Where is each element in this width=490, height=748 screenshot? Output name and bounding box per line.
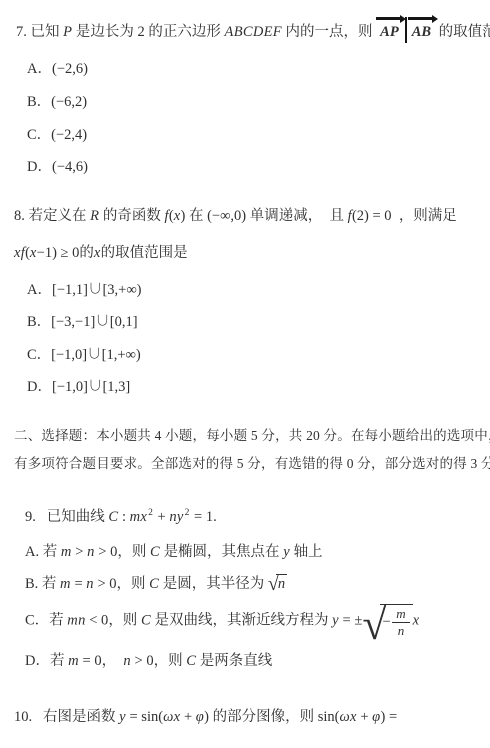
math-run: + — [180, 709, 195, 725]
text-run: 单调递减， 且 — [246, 208, 348, 224]
math-run: mx — [130, 509, 148, 525]
text-run: 7. 已知 — [16, 24, 63, 40]
question-7-stem: 7. 已知 P 是边长为 2 的正六边形 ABCDEF 内的一点，则 APAB … — [16, 17, 490, 43]
text-run: 的 — [79, 245, 94, 261]
text-run: B. 若 — [25, 576, 60, 592]
text-run: ， — [102, 653, 124, 669]
text-run: 是双曲线，其渐近线方程为 — [151, 613, 332, 629]
math-run: φ — [372, 709, 380, 725]
math-run: C — [149, 576, 159, 592]
fraction: mn — [392, 607, 409, 639]
text-run: A. 若 — [25, 544, 61, 560]
math-run: ωx — [163, 709, 180, 725]
math-run: n — [86, 576, 94, 592]
text-run: ，则 — [117, 544, 150, 560]
radical-sign: √ — [268, 579, 279, 589]
superscript: 2 — [148, 508, 153, 518]
math-run: P — [63, 24, 72, 40]
question-8-option-a: A．[−1,1]∪[3,+∞) — [27, 280, 142, 301]
math-run: sin( — [318, 709, 340, 725]
math-run: C — [108, 509, 118, 525]
math-run: ωx — [339, 709, 356, 725]
question-9-option-c: C．若 mn < 0，则 C 是双曲线，其渐近线方程为 y = ±√−mnx — [25, 604, 419, 639]
math-run: y — [332, 613, 339, 629]
math-run: y — [283, 544, 290, 560]
question-9-option-d: D．若 m = 0， n > 0，则 C 是两条直线 — [25, 651, 272, 672]
text-run: A． — [27, 282, 52, 298]
text-run: 的取值范围是 — [435, 24, 490, 40]
math-run: m — [68, 653, 79, 669]
text-run: A． — [27, 61, 52, 77]
math-run: = 1. — [190, 509, 216, 525]
vector-AP: AP — [377, 22, 402, 43]
math-run: = 0 — [79, 653, 102, 669]
text-run: B． — [27, 314, 51, 330]
math-run: 2 — [138, 24, 145, 40]
math-run: + — [357, 709, 372, 725]
math-run: mn — [67, 613, 85, 629]
text-run: 是两条直线 — [196, 653, 272, 669]
math-run: [−1,0]∪[1,+∞) — [51, 347, 141, 363]
math-run: x — [30, 245, 37, 261]
question-8-stem-line-2: xf(x−1) ≥ 0的x的取值范围是 — [14, 243, 188, 264]
question-9-option-a: A. 若 m > n > 0，则 C 是椭圆，其焦点在 y 轴上 — [25, 542, 323, 563]
math-run: ABCDEF — [225, 24, 282, 40]
math-run: m — [60, 576, 71, 592]
math-run: : — [118, 509, 129, 525]
math-run: = sin( — [126, 709, 163, 725]
math-run: x — [94, 245, 101, 261]
math-run: xf — [14, 245, 25, 261]
math-run: n — [87, 544, 95, 560]
question-8-option-c: C．[−1,0]∪[1,+∞) — [27, 345, 141, 366]
question-7-option-d: D．(−4,6) — [27, 157, 88, 178]
math-run: −1) ≥ 0 — [37, 245, 80, 261]
math-run: > — [72, 544, 87, 560]
section-2-instructions-line-2: 有多项符合题目要求。全部选对的得 5 分，有选错的得 0 分，部分选对的得 3 … — [14, 453, 490, 474]
math-run: m — [61, 544, 72, 560]
math-run: R — [90, 208, 99, 224]
math-run: C — [141, 613, 151, 629]
math-run: x — [413, 613, 420, 629]
question-10-stem: 10. 右图是函数 y = sin(ωx + φ) 的部分图像，则 sin(ωx… — [14, 707, 397, 728]
question-7-option-c: C．(−2,4) — [27, 125, 87, 146]
text-run: ，则满足 — [392, 208, 457, 224]
math-run: > 0 — [94, 576, 117, 592]
text-run: 的正六边形 — [145, 24, 225, 40]
math-run: = ± — [339, 613, 362, 629]
text-run: B． — [27, 94, 51, 110]
text-run: 的取值范围是 — [101, 245, 188, 261]
text-run: 9. 已知曲线 — [25, 509, 108, 525]
text-run: 是圆，其半径为 — [159, 576, 268, 592]
math-run: > 0 — [95, 544, 118, 560]
vector-AB: AB — [409, 22, 434, 43]
math-run: y — [119, 709, 126, 725]
text-run: ，则 — [154, 653, 187, 669]
math-run: φ — [196, 709, 204, 725]
math-run: (−2,6) — [52, 61, 88, 77]
math-run: (−2,4) — [51, 127, 87, 143]
sqrt-fraction-expression: √−mn — [362, 613, 412, 629]
text-run: 在 — [185, 208, 207, 224]
math-run: [−1,1]∪[3,+∞) — [52, 282, 142, 298]
text-run: 10. 右图是函数 — [14, 709, 119, 725]
math-run: = — [71, 576, 86, 592]
question-9-option-b: B. 若 m = n > 0，则 C 是圆，其半径为 √n — [25, 574, 287, 595]
math-run: C — [186, 653, 196, 669]
question-8-option-b: B．[−3,−1]∪[0,1] — [27, 312, 138, 333]
text-run: D． — [27, 159, 52, 175]
superscript: 2 — [185, 508, 190, 518]
text-run: 轴上 — [290, 544, 323, 560]
math-run: (−4,6) — [52, 159, 88, 175]
text-run: ，则 — [108, 613, 141, 629]
math-run: > 0 — [131, 653, 154, 669]
math-run: (−6,2) — [51, 94, 87, 110]
text-run: 是椭圆，其焦点在 — [160, 544, 283, 560]
text-run: 8. 若定义在 — [14, 208, 90, 224]
math-run: (−∞,0) — [207, 208, 246, 224]
text-run: 的奇函数 — [99, 208, 164, 224]
text-run: C．若 — [25, 613, 67, 629]
question-7-option-a: A．(−2,6) — [27, 59, 88, 80]
text-run: C． — [27, 127, 51, 143]
question-9-stem: 9. 已知曲线 C : mx2 + ny2 = 1. — [25, 507, 217, 530]
text-run: D． — [27, 379, 52, 395]
sqrt-expression: √n — [268, 576, 287, 592]
math-run: (2) = 0 — [352, 208, 392, 224]
math-run: [−1,0]∪[1,3] — [52, 379, 130, 395]
math-run: n — [123, 653, 131, 669]
math-run: ny — [169, 509, 183, 525]
math-run: + — [154, 509, 169, 525]
math-run: < 0 — [86, 613, 109, 629]
text-run: 的部分图像，则 — [209, 709, 318, 725]
fraction-numerator: m — [392, 607, 409, 623]
text-run: 是边长为 — [72, 24, 137, 40]
fraction-denominator: n — [392, 623, 409, 638]
section-2-instructions-line-1: 二、选择题：本小题共 4 小题，每小题 5 分，共 20 分。在每小题给出的选项… — [14, 425, 490, 446]
text-run: ，则 — [117, 576, 150, 592]
math-run: ) = — [381, 709, 398, 725]
text-run: C． — [27, 347, 51, 363]
math-run: [−3,−1]∪[0,1] — [51, 314, 137, 330]
math-run: C — [150, 544, 160, 560]
question-8-option-d: D．[−1,0]∪[1,3] — [27, 377, 130, 398]
text-run: D．若 — [25, 653, 68, 669]
question-7-option-b: B．(−6,2) — [27, 92, 87, 113]
question-8-stem-line-1: 8. 若定义在 R 的奇函数 f(x) 在 (−∞,0) 单调递减， 且 f(2… — [14, 206, 457, 227]
text-run: 内的一点，则 — [282, 24, 376, 40]
